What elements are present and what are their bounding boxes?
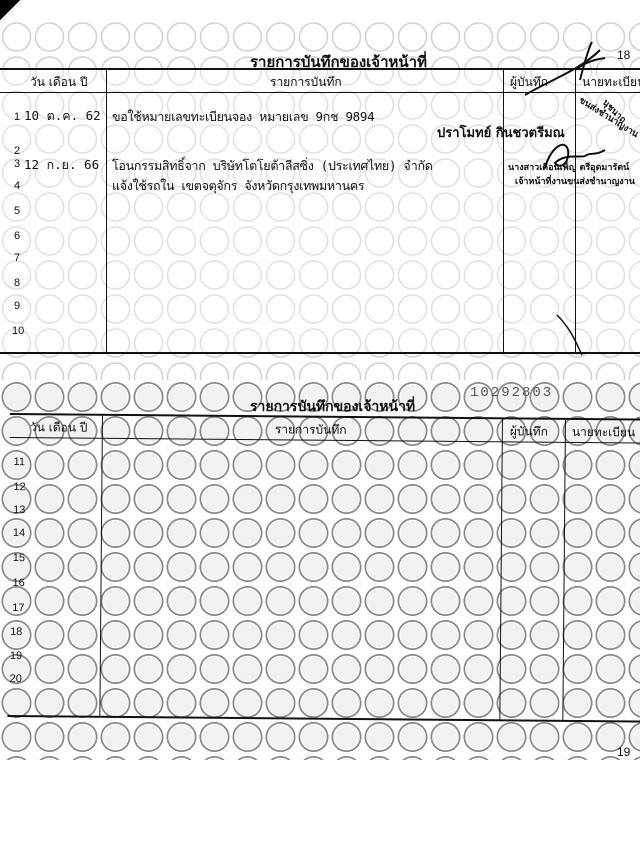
row-number: 20: [10, 673, 22, 685]
header-registrar: นายทะเบียน: [572, 423, 635, 443]
row-number: 9: [14, 300, 20, 312]
header-entry: รายการบันทึก: [270, 73, 342, 92]
row-number: 12: [13, 481, 25, 493]
records-table-1: วัน เดือน ปี รายการบันทึก ผู้บันทึก นายท…: [0, 68, 640, 354]
col-divider-recorder: [562, 420, 566, 720]
row-number: 6: [14, 230, 20, 242]
header-date: วัน เดือน ปี: [30, 73, 88, 92]
signature-icon: [520, 40, 610, 100]
row-number: 17: [12, 602, 24, 614]
row-number: 10: [12, 325, 24, 337]
header-recorder: ผู้บันทึก: [510, 422, 548, 441]
col-divider-entry: [503, 70, 504, 352]
row-number: 13: [13, 504, 25, 516]
row-number: 3: [14, 158, 20, 170]
row-number: 14: [13, 527, 25, 539]
scan-corner-shadow: [0, 0, 30, 20]
header-entry: รายการบันทึก: [275, 420, 347, 440]
entry-date: 10 ต.ค. 62: [24, 106, 101, 126]
row-number: 11: [14, 456, 26, 468]
col-divider-entry: [499, 419, 503, 719]
row-number: 8: [14, 277, 20, 289]
entry-text: ขอใช้หมายเลขทะเบียนจอง หมายเลข 9กช 9894: [112, 107, 374, 127]
row-number: 16: [12, 577, 24, 589]
page-number-top: 18: [617, 48, 630, 62]
entry-text: โอนกรรมสิทธิ์จาก บริษัทโตโยต้าลีสซิ่ง (ป…: [112, 156, 433, 176]
row-number: 1: [14, 111, 20, 123]
entry-date: 12 ก.ย. 66: [24, 155, 99, 175]
signature-icon: [552, 310, 592, 360]
row-number: 4: [14, 180, 20, 192]
entry-text: แจ้งใช้รถใน เขตจตุจักร จังหวัดกรุงเทพมหา…: [112, 176, 364, 196]
header-date: วัน เดือน ปี: [30, 418, 88, 438]
records-table-2: วัน เดือน ปี รายการบันทึก ผู้บันทึก นายท…: [7, 413, 640, 723]
signature-icon: [540, 138, 610, 178]
row-number: 19: [10, 650, 22, 662]
row-number: 5: [14, 205, 20, 217]
row-number: 2: [14, 145, 20, 157]
col-divider-date: [99, 416, 103, 716]
page-number-bottom: 19: [617, 745, 630, 759]
row-number: 15: [13, 552, 25, 564]
col-divider-date: [106, 70, 107, 352]
row-number: 18: [10, 626, 22, 638]
row-number: 7: [14, 252, 20, 264]
serial-number: 10292803: [470, 385, 553, 401]
